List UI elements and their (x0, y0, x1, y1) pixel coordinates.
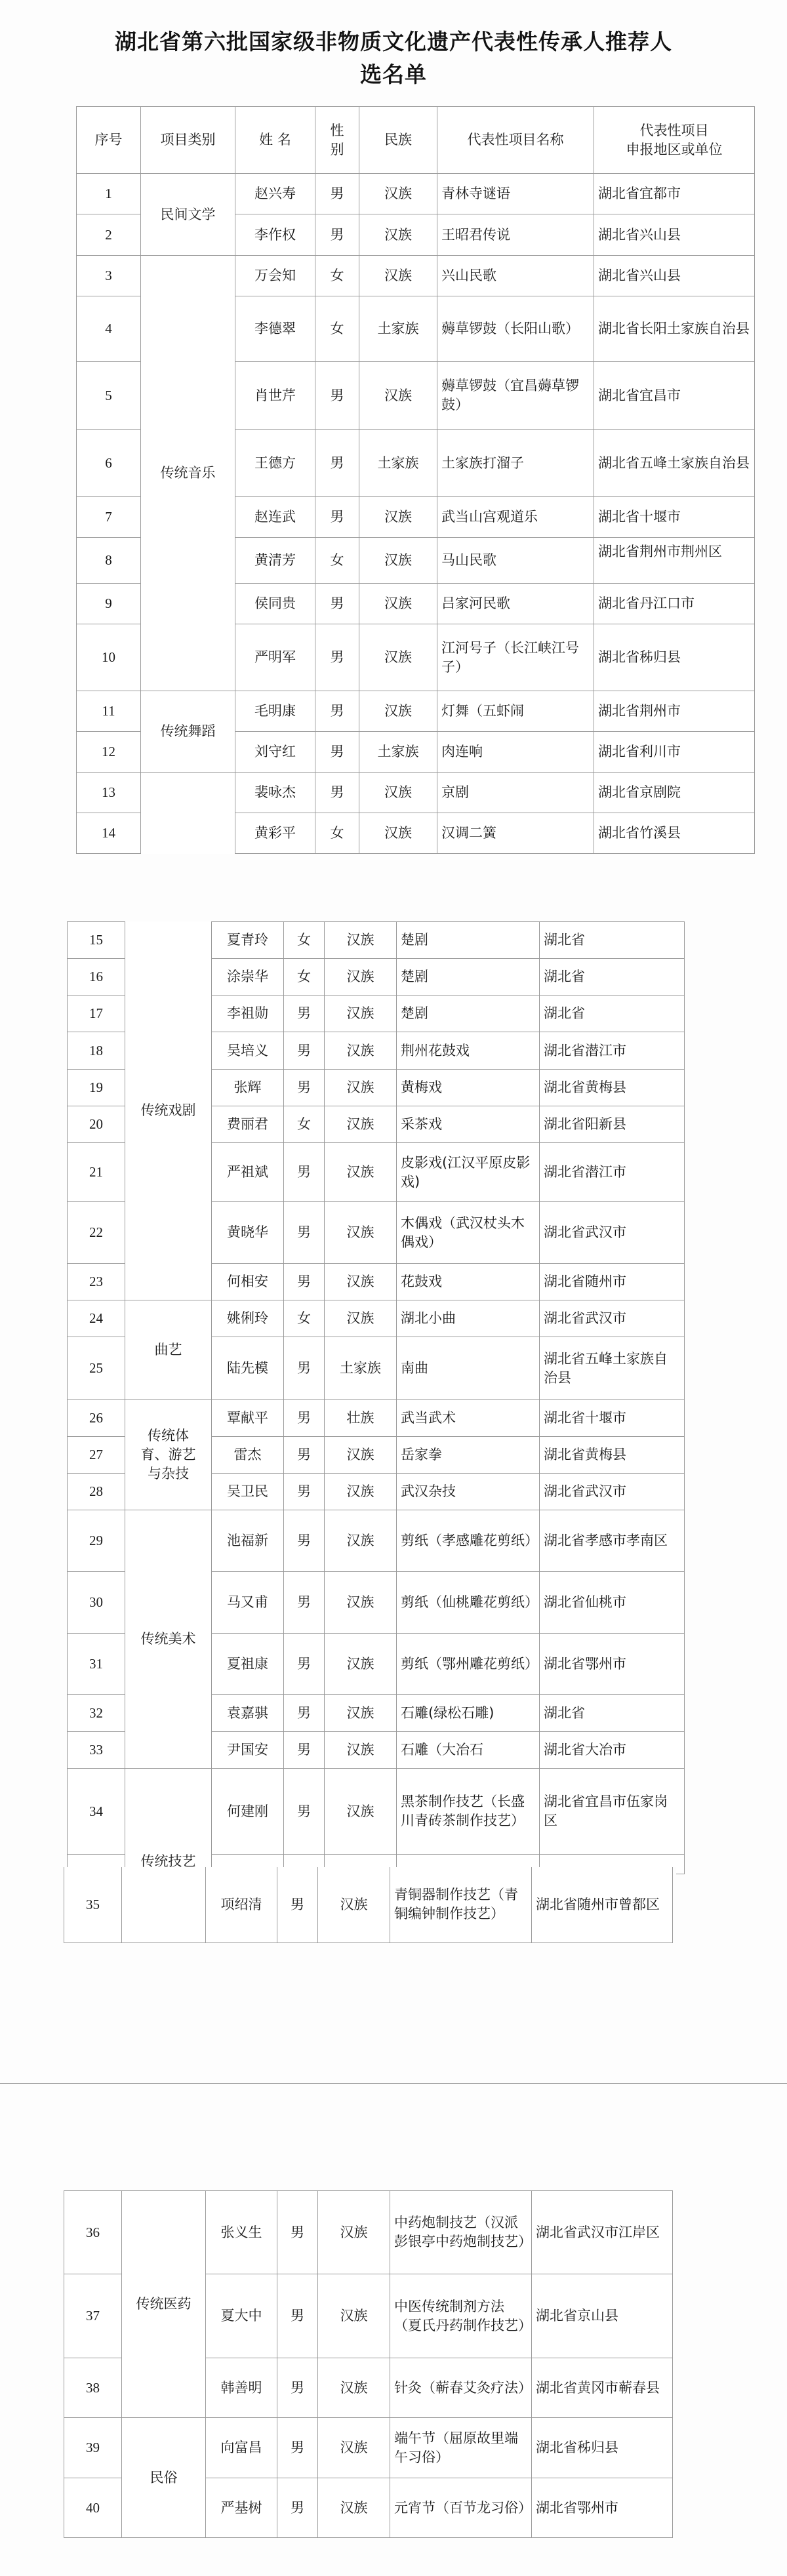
cell-region: 湖北省潜江市 (540, 1032, 685, 1070)
cell-seq: 4 (77, 296, 141, 362)
cell-ethnicity: 汉族 (325, 1032, 397, 1070)
cell-ethnicity: 汉族 (359, 538, 437, 584)
category-line-3: 与杂技 (148, 1466, 189, 1481)
table-row: 11 传统舞蹈 毛明康 男 汉族 灯舞（五虾闹 湖北省荆州市 (77, 691, 755, 732)
cell-ethnicity: 汉族 (325, 1264, 397, 1300)
cell-name: 黄清芳 (235, 538, 315, 584)
header-region-line-2: 申报地区或单位 (626, 142, 723, 157)
cell-project: 黑茶制作技艺（长盛川青砖茶制作技艺） (397, 1769, 540, 1855)
cell-region: 湖北省大冶市 (540, 1732, 685, 1769)
cell-region: 湖北省十堰市 (594, 497, 755, 538)
cell-name: 刘守红 (235, 732, 315, 773)
cell-region: 湖北省 (540, 959, 685, 996)
cell-region: 湖北省丹江口市 (594, 584, 755, 624)
heritage-table-page-1: 序号 项目类别 姓 名 性别 民族 代表性项目名称 代表性项目申报地区或单位 1… (76, 106, 755, 854)
cell-category: 民俗 (122, 2418, 206, 2538)
cell-seq: 24 (68, 1300, 125, 1337)
cell-name: 向富昌 (206, 2418, 277, 2478)
cell-gender: 男 (315, 497, 359, 538)
cell-gender: 男 (277, 2358, 318, 2418)
cell-seq: 10 (77, 624, 141, 691)
table-row: 15 传统戏剧 夏青玲 女 汉族 楚剧 湖北省 (68, 922, 685, 959)
cell-name: 费丽君 (212, 1106, 284, 1143)
cell-project: 石雕(绿松石雕) (397, 1695, 540, 1732)
cell-name: 夏青玲 (212, 922, 284, 959)
cell-seq: 3 (77, 256, 141, 296)
cell-seq: 27 (68, 1437, 125, 1474)
category-line-2: 育、游艺 (141, 1447, 196, 1462)
cell-project: 中药炮制技艺（汉派彭银亭中药炮制技艺） (390, 2191, 532, 2274)
cell-name: 裴咏杰 (235, 773, 315, 813)
cell-gender: 男 (315, 430, 359, 497)
cell-gender: 男 (284, 1695, 325, 1732)
cell-region: 湖北省武汉市 (540, 1202, 685, 1264)
cell-project: 南曲 (397, 1337, 540, 1400)
cell-project: 土家族打溜子 (437, 430, 594, 497)
cell-seq: 37 (64, 2274, 122, 2358)
cell-gender: 男 (284, 1032, 325, 1070)
cell-project: 剪纸（仙桃雕花剪纸） (397, 1572, 540, 1634)
cell-ethnicity: 汉族 (325, 1300, 397, 1337)
cell-seq: 30 (68, 1572, 125, 1634)
cell-gender: 男 (284, 1634, 325, 1695)
cell-ethnicity: 汉族 (359, 773, 437, 813)
cell-seq: 34 (68, 1769, 125, 1855)
cell-category: 传统美术 (125, 1510, 212, 1769)
cell-gender: 男 (277, 2191, 318, 2274)
cell-ethnicity: 汉族 (325, 1769, 397, 1855)
header-category: 项目类别 (141, 107, 235, 174)
cell-region: 湖北省荆州市荆州区 (594, 538, 755, 584)
cell-project: 荆州花鼓戏 (397, 1032, 540, 1070)
cell-seq: 1 (77, 174, 141, 214)
cell-gender: 女 (315, 813, 359, 854)
cell-seq: 2 (77, 214, 141, 256)
cell-seq: 39 (64, 2418, 122, 2478)
cell-region: 湖北省武汉市 (540, 1300, 685, 1337)
cell-seq: 20 (68, 1106, 125, 1143)
document-title-line-2: 选名单 (0, 58, 787, 89)
cell-project: 皮影戏(江汉平原皮影戏) (397, 1143, 540, 1202)
cell-project: 黄梅戏 (397, 1070, 540, 1106)
cell-project: 薅草锣鼓（宜昌薅草锣鼓） (437, 362, 594, 430)
cell-name: 陆先模 (212, 1337, 284, 1400)
cell-region: 湖北省潜江市 (540, 1143, 685, 1202)
cell-ethnicity: 壮族 (325, 1400, 397, 1437)
cell-project: 兴山民歌 (437, 256, 594, 296)
header-region: 代表性项目申报地区或单位 (594, 107, 755, 174)
cell-gender: 男 (315, 773, 359, 813)
cell-ethnicity: 汉族 (359, 362, 437, 430)
cell-project: 木偶戏（武汉杖头木偶戏） (397, 1202, 540, 1264)
cell-region: 湖北省黄梅县 (540, 1070, 685, 1106)
cell-gender: 男 (284, 1337, 325, 1400)
cell-project: 吕家河民歌 (437, 584, 594, 624)
cell-seq: 12 (77, 732, 141, 773)
cell-seq: 7 (77, 497, 141, 538)
table-row: 35 项绍清 男 汉族 青铜器制作技艺（青铜编钟制作技艺） 湖北省随州市曾都区 (64, 1867, 673, 1942)
cell-region: 湖北省黄梅县 (540, 1437, 685, 1474)
cell-ethnicity: 汉族 (318, 2418, 390, 2478)
cell-ethnicity: 汉族 (359, 584, 437, 624)
header-region-line-1: 代表性项目 (640, 123, 709, 138)
cell-region: 湖北省十堰市 (540, 1400, 685, 1437)
cell-gender: 男 (284, 1437, 325, 1474)
cell-name: 赵连武 (235, 497, 315, 538)
cell-project: 楚剧 (397, 996, 540, 1032)
cell-region: 湖北省宜都市 (594, 174, 755, 214)
heritage-table-fragment: 35 项绍清 男 汉族 青铜器制作技艺（青铜编钟制作技艺） 湖北省随州市曾都区 (64, 1867, 673, 1943)
cell-region: 湖北省兴山县 (594, 214, 755, 256)
cell-gender: 男 (284, 1769, 325, 1855)
cell-seq: 9 (77, 584, 141, 624)
cell-gender: 女 (315, 296, 359, 362)
cell-region: 湖北省阳新县 (540, 1106, 685, 1143)
cell-region: 湖北省 (540, 922, 685, 959)
cell-seq: 19 (68, 1070, 125, 1106)
cell-seq: 36 (64, 2191, 122, 2274)
cell-gender: 男 (315, 732, 359, 773)
cell-gender: 男 (284, 1474, 325, 1510)
heritage-table-page-2: 15 传统戏剧 夏青玲 女 汉族 楚剧 湖北省 16 涂崇华 女 汉族 楚剧 湖… (67, 921, 685, 1874)
cell-ethnicity: 土家族 (359, 732, 437, 773)
cell-seq: 28 (68, 1474, 125, 1510)
cell-name: 张义生 (206, 2191, 277, 2274)
cell-category-continued (122, 1867, 206, 1942)
cell-category: 传统技艺 (125, 1769, 212, 1874)
cell-ethnicity: 汉族 (318, 2478, 390, 2538)
cell-category: 传统医药 (122, 2191, 206, 2418)
cell-project: 武当山宫观道乐 (437, 497, 594, 538)
cell-gender: 女 (284, 959, 325, 996)
cell-region: 湖北省荆州市 (594, 691, 755, 732)
cell-name: 涂崇华 (212, 959, 284, 996)
cell-project: 石雕（大冶石 (397, 1732, 540, 1769)
cell-gender: 女 (284, 1106, 325, 1143)
cell-region: 湖北省秭归县 (594, 624, 755, 691)
cell-project: 针灸（蕲春艾灸疗法） (390, 2358, 532, 2418)
cell-gender: 男 (277, 2274, 318, 2358)
cell-seq: 16 (68, 959, 125, 996)
cell-region: 湖北省秭归县 (532, 2418, 673, 2478)
cell-region: 湖北省鄂州市 (540, 1634, 685, 1695)
cell-seq: 8 (77, 538, 141, 584)
cell-gender: 男 (284, 1264, 325, 1300)
cell-gender: 男 (284, 996, 325, 1032)
cell-name: 李德翠 (235, 296, 315, 362)
cell-ethnicity: 土家族 (325, 1337, 397, 1400)
cell-gender: 男 (277, 2478, 318, 2538)
cell-ethnicity: 汉族 (325, 1572, 397, 1634)
cell-ethnicity: 汉族 (325, 1695, 397, 1732)
cell-ethnicity: 汉族 (325, 1474, 397, 1510)
cell-region: 湖北省武汉市 (540, 1474, 685, 1510)
cell-category: 传统音乐 (141, 256, 235, 691)
cell-project: 马山民歌 (437, 538, 594, 584)
cell-project: 剪纸（鄂州雕花剪纸） (397, 1634, 540, 1695)
cell-region: 湖北省兴山县 (594, 256, 755, 296)
cell-name: 严基树 (206, 2478, 277, 2538)
cell-project: 花鼓戏 (397, 1264, 540, 1300)
table-row: 34 传统技艺 何建刚 男 汉族 黑茶制作技艺（长盛川青砖茶制作技艺） 湖北省宜… (68, 1769, 685, 1855)
cell-name: 吴培义 (212, 1032, 284, 1070)
cell-seq: 5 (77, 362, 141, 430)
cell-ethnicity: 汉族 (359, 691, 437, 732)
cell-gender: 男 (315, 174, 359, 214)
cell-project: 江河号子（长江峡江号子） (437, 624, 594, 691)
cell-seq: 18 (68, 1032, 125, 1070)
cell-seq: 14 (77, 813, 141, 854)
cell-project: 楚剧 (397, 922, 540, 959)
cell-seq: 35 (64, 1867, 122, 1942)
cell-project: 王昭君传说 (437, 214, 594, 256)
header-ethnicity: 民族 (359, 107, 437, 174)
cell-project: 岳家拳 (397, 1437, 540, 1474)
cell-ethnicity: 汉族 (325, 1437, 397, 1474)
cell-category: 传统体育、游艺与杂技 (125, 1400, 212, 1510)
cell-project: 京剧 (437, 773, 594, 813)
cell-region: 湖北省随州市 (540, 1264, 685, 1300)
cell-seq: 31 (68, 1634, 125, 1695)
cell-gender: 男 (315, 691, 359, 732)
cell-name: 李作权 (235, 214, 315, 256)
cell-name: 尹国安 (212, 1732, 284, 1769)
cell-ethnicity: 汉族 (318, 2358, 390, 2418)
cell-ethnicity: 汉族 (325, 1106, 397, 1143)
cell-project: 采茶戏 (397, 1106, 540, 1143)
cell-region: 湖北省五峰土家族自治县 (594, 430, 755, 497)
cell-region: 湖北省 (540, 996, 685, 1032)
cell-name: 万会知 (235, 256, 315, 296)
cell-gender: 男 (277, 2418, 318, 2478)
cell-ethnicity: 汉族 (318, 1867, 390, 1942)
cell-ethnicity: 汉族 (318, 2191, 390, 2274)
header-gender-line-2: 别 (331, 142, 344, 157)
cell-ethnicity: 汉族 (359, 497, 437, 538)
cell-ethnicity: 汉族 (359, 624, 437, 691)
cell-region: 湖北省随州市曾都区 (532, 1867, 673, 1942)
header-name: 姓 名 (235, 107, 315, 174)
cell-gender: 女 (315, 538, 359, 584)
cell-seq: 38 (64, 2358, 122, 2418)
cell-name: 马又甫 (212, 1572, 284, 1634)
cell-ethnicity: 汉族 (318, 2274, 390, 2358)
cell-region: 湖北省武汉市江岸区 (532, 2191, 673, 2274)
cell-seq: 33 (68, 1732, 125, 1769)
cell-project: 元宵节（百节龙习俗） (390, 2478, 532, 2538)
cell-name: 覃献平 (212, 1400, 284, 1437)
table-row: 13 裴咏杰 男 汉族 京剧 湖北省京剧院 (77, 773, 755, 813)
cell-ethnicity: 汉族 (325, 1634, 397, 1695)
cell-seq: 32 (68, 1695, 125, 1732)
cell-seq: 22 (68, 1202, 125, 1264)
cell-ethnicity: 汉族 (359, 174, 437, 214)
cell-region: 湖北省竹溪县 (594, 813, 755, 854)
cell-ethnicity: 土家族 (359, 430, 437, 497)
cell-seq: 6 (77, 430, 141, 497)
cell-category: 民间文学 (141, 174, 235, 256)
cell-name: 严祖斌 (212, 1143, 284, 1202)
header-gender-line-1: 性 (331, 123, 344, 138)
cell-ethnicity: 汉族 (325, 1510, 397, 1572)
header-seq: 序号 (77, 107, 141, 174)
cell-seq: 13 (77, 773, 141, 813)
cell-project: 武汉杂技 (397, 1474, 540, 1510)
cell-gender: 男 (284, 1400, 325, 1437)
cell-name: 李祖勋 (212, 996, 284, 1032)
cell-project: 肉连响 (437, 732, 594, 773)
cell-project: 楚剧 (397, 959, 540, 996)
cell-project: 剪纸（孝感雕花剪纸） (397, 1510, 540, 1572)
cell-seq: 17 (68, 996, 125, 1032)
cell-gender: 男 (284, 1572, 325, 1634)
cell-region: 湖北省宜昌市 (594, 362, 755, 430)
cell-gender: 男 (284, 1510, 325, 1572)
cell-ethnicity: 汉族 (359, 214, 437, 256)
cell-ethnicity: 汉族 (325, 959, 397, 996)
cell-name: 张辉 (212, 1070, 284, 1106)
cell-name: 姚俐玲 (212, 1300, 284, 1337)
cell-ethnicity: 汉族 (325, 1143, 397, 1202)
cell-region-text: 湖北省荆州市荆州区 (598, 538, 750, 583)
cell-ethnicity: 汉族 (325, 1732, 397, 1769)
cell-project: 武当武术 (397, 1400, 540, 1437)
cell-region: 湖北省孝感市孝南区 (540, 1510, 685, 1572)
cell-ethnicity: 汉族 (359, 256, 437, 296)
header-gender: 性别 (315, 107, 359, 174)
cell-region: 湖北省宜昌市伍家岗区 (540, 1769, 685, 1855)
cell-category-continued (141, 773, 235, 854)
heritage-table-page-3: 36 传统医药 张义生 男 汉族 中药炮制技艺（汉派彭银亭中药炮制技艺） 湖北省… (64, 2190, 673, 2538)
cell-seq: 15 (68, 922, 125, 959)
cell-name: 雷杰 (212, 1437, 284, 1474)
cell-ethnicity: 汉族 (325, 922, 397, 959)
cell-project: 汉调二簧 (437, 813, 594, 854)
cell-category: 传统舞蹈 (141, 691, 235, 773)
cell-project: 灯舞（五虾闹 (437, 691, 594, 732)
cell-name: 池福新 (212, 1510, 284, 1572)
cell-name: 黄晓华 (212, 1202, 284, 1264)
cell-category: 曲艺 (125, 1300, 212, 1400)
cell-region: 湖北省五峰土家族自治县 (540, 1337, 685, 1400)
cell-region: 湖北省 (540, 1695, 685, 1732)
cell-seq: 29 (68, 1510, 125, 1572)
cell-region: 湖北省鄂州市 (532, 2478, 673, 2538)
table-row: 36 传统医药 张义生 男 汉族 中药炮制技艺（汉派彭银亭中药炮制技艺） 湖北省… (64, 2191, 673, 2274)
table-row: 39 民俗 向富昌 男 汉族 端午节（屈原故里端午习俗） 湖北省秭归县 (64, 2418, 673, 2478)
cell-name: 何建刚 (212, 1769, 284, 1855)
cell-project: 薅草锣鼓（长阳山歌） (437, 296, 594, 362)
cell-project: 端午节（屈原故里端午习俗） (390, 2418, 532, 2478)
cell-seq: 23 (68, 1264, 125, 1300)
cell-region: 湖北省京剧院 (594, 773, 755, 813)
cell-seq: 26 (68, 1400, 125, 1437)
table-row: 24 曲艺 姚俐玲 女 汉族 湖北小曲 湖北省武汉市 (68, 1300, 685, 1337)
cell-gender: 男 (284, 1202, 325, 1264)
cell-name: 肖世芹 (235, 362, 315, 430)
cell-category: 传统戏剧 (125, 922, 212, 1300)
cell-name: 袁嘉骐 (212, 1695, 284, 1732)
cell-seq: 40 (64, 2478, 122, 2538)
cell-name: 韩善明 (206, 2358, 277, 2418)
cell-project: 青林寺谜语 (437, 174, 594, 214)
cell-name: 严明军 (235, 624, 315, 691)
cell-ethnicity: 汉族 (325, 996, 397, 1032)
cell-gender: 男 (284, 1143, 325, 1202)
cell-project: 湖北小曲 (397, 1300, 540, 1337)
cell-region: 湖北省黄冈市蕲春县 (532, 2358, 673, 2418)
cell-ethnicity: 土家族 (359, 296, 437, 362)
cell-gender: 女 (315, 256, 359, 296)
cell-name: 吴卫民 (212, 1474, 284, 1510)
cell-name: 毛明康 (235, 691, 315, 732)
table-row: 29 传统美术 池福新 男 汉族 剪纸（孝感雕花剪纸） 湖北省孝感市孝南区 (68, 1510, 685, 1572)
cell-gender: 男 (315, 362, 359, 430)
cell-gender: 男 (315, 214, 359, 256)
cell-name: 夏大中 (206, 2274, 277, 2358)
table-row: 3 传统音乐 万会知 女 汉族 兴山民歌 湖北省兴山县 (77, 256, 755, 296)
cell-name: 何相安 (212, 1264, 284, 1300)
cell-name: 项绍清 (206, 1867, 277, 1942)
cell-gender: 女 (284, 1300, 325, 1337)
cell-name: 赵兴寿 (235, 174, 315, 214)
cell-ethnicity: 汉族 (359, 813, 437, 854)
header-project: 代表性项目名称 (437, 107, 594, 174)
cell-gender: 男 (284, 1732, 325, 1769)
table-row: 26 传统体育、游艺与杂技 覃献平 男 壮族 武当武术 湖北省十堰市 (68, 1400, 685, 1437)
cell-name: 王德方 (235, 430, 315, 497)
cell-region: 湖北省长阳土家族自治县 (594, 296, 755, 362)
table-row: 1 民间文学 赵兴寿 男 汉族 青林寺谜语 湖北省宜都市 (77, 174, 755, 214)
cell-region: 湖北省京山县 (532, 2274, 673, 2358)
cell-gender: 女 (284, 922, 325, 959)
table-header-row: 序号 项目类别 姓 名 性别 民族 代表性项目名称 代表性项目申报地区或单位 (77, 107, 755, 174)
cell-gender: 男 (277, 1867, 318, 1942)
category-line-1: 传统体 (148, 1428, 189, 1443)
cell-ethnicity: 汉族 (325, 1202, 397, 1264)
page-divider (0, 2083, 787, 2084)
cell-project: 中医传统制剂方法（夏氏丹药制作技艺） (390, 2274, 532, 2358)
cell-seq: 25 (68, 1337, 125, 1400)
cell-gender: 男 (315, 624, 359, 691)
cell-ethnicity: 汉族 (325, 1070, 397, 1106)
cell-seq: 11 (77, 691, 141, 732)
cell-region: 湖北省仙桃市 (540, 1572, 685, 1634)
cell-region: 湖北省利川市 (594, 732, 755, 773)
document-title-line-1: 湖北省第六批国家级非物质文化遗产代表性传承人推荐人 (0, 25, 787, 56)
cell-name: 黄彩平 (235, 813, 315, 854)
cell-name: 夏祖康 (212, 1634, 284, 1695)
cell-gender: 男 (315, 584, 359, 624)
cell-project: 青铜器制作技艺（青铜编钟制作技艺） (390, 1867, 532, 1942)
cell-gender: 男 (284, 1070, 325, 1106)
cell-name: 侯同贵 (235, 584, 315, 624)
cell-seq: 21 (68, 1143, 125, 1202)
